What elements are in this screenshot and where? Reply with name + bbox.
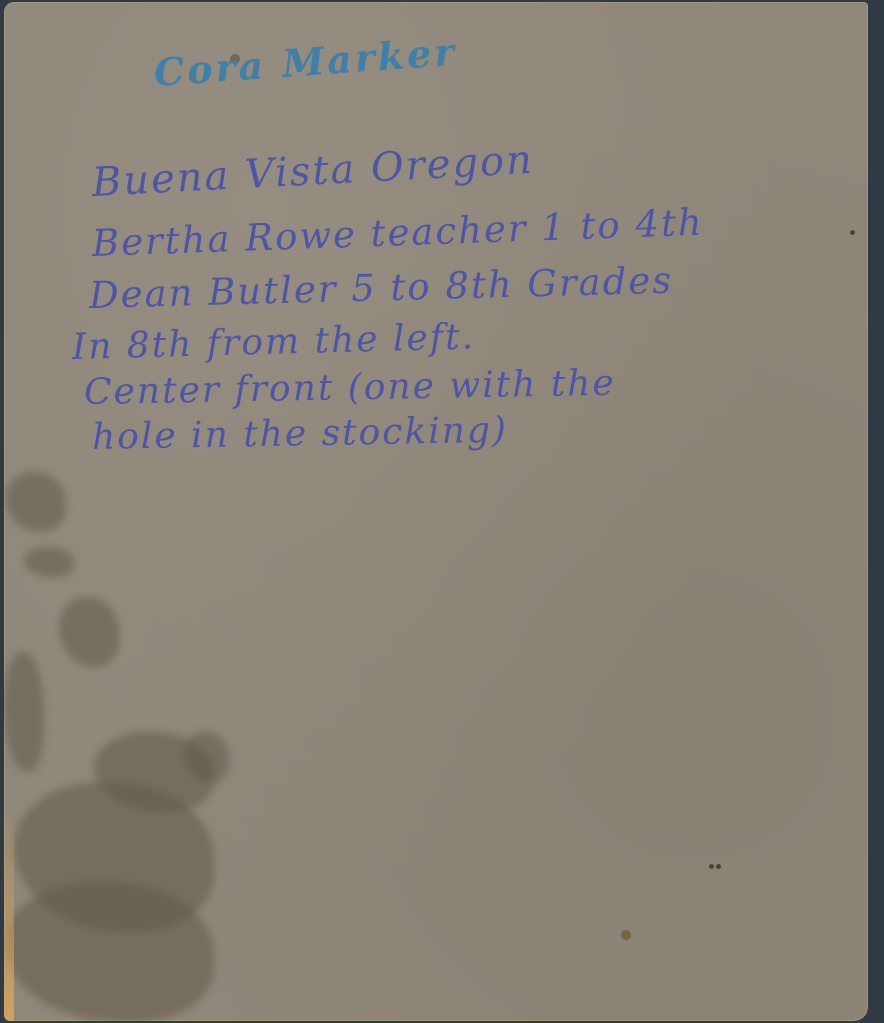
water-stain [6,472,66,532]
handwritten-line: Buena Vista Oregon [91,137,535,206]
water-stain [4,882,214,1021]
foxing-spot [850,230,855,235]
foxing-spot [716,864,721,869]
header-note: Cora Marker [152,29,458,95]
water-stain [24,547,74,577]
water-stain [59,597,119,667]
handwritten-line: Dean Butler 5 to 8th Grades [88,259,673,317]
handwritten-line: Bertha Rowe teacher 1 to 4th [91,201,704,265]
water-stain [4,652,44,772]
foxing-spot [709,864,714,869]
worn-edge [4,801,14,1021]
handwritten-line: hole in the stocking) [92,410,509,458]
foxing-spot [621,930,631,940]
handwritten-line: Center front (one with the [84,363,616,413]
handwritten-line: In 8th from the left. [71,316,475,368]
photo-card-back: Cora Marker Buena Vista Oregon Bertha Ro… [4,2,868,1021]
